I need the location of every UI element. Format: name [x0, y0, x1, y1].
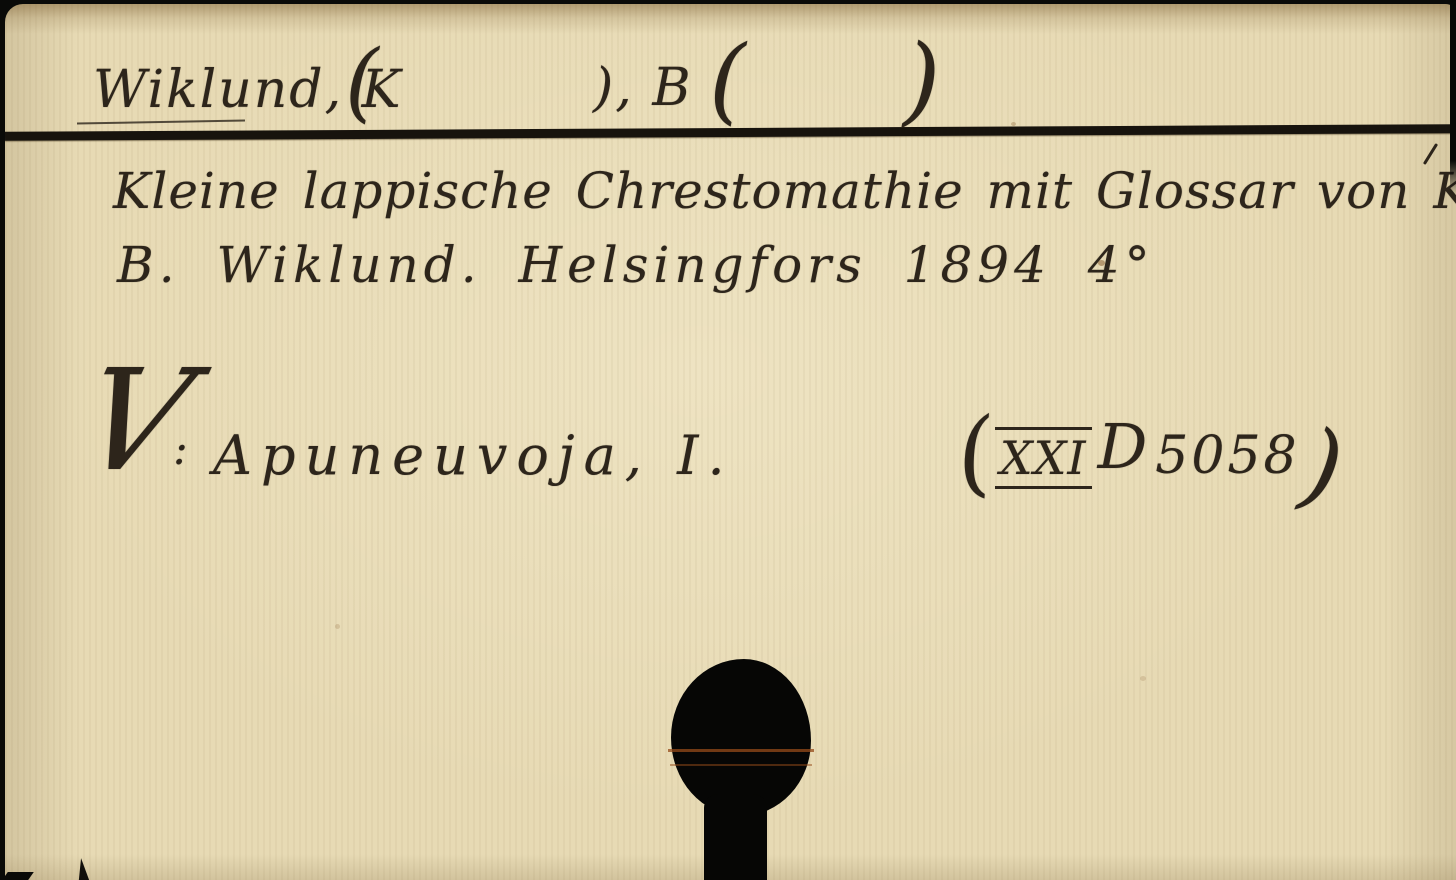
- shelfmark-letter: D: [1098, 410, 1148, 483]
- shelfmark-number: 5058: [1155, 426, 1299, 486]
- shelfmark-roman-numeral: XXI: [995, 427, 1092, 489]
- punch-hole-rust-line: [668, 749, 814, 752]
- heading-underline: [77, 120, 245, 125]
- shelfmark-close-paren: ): [1296, 415, 1350, 516]
- paper-speck: [1011, 122, 1016, 126]
- scanned-catalog-card: Wiklund, K ( ), B ( ) Kleine lappische C…: [0, 0, 1456, 880]
- reference-colon: :: [173, 424, 188, 475]
- heading-open-paren-1: (: [345, 32, 379, 132]
- punch-hole: [671, 659, 811, 816]
- reference-text: Apuneuvoja, I.: [213, 424, 734, 487]
- shelfmark: ( XXI D 5058 ): [957, 394, 1343, 514]
- scan-edge-right: [1450, 0, 1456, 196]
- paper-speck: [1140, 676, 1146, 681]
- title-line-1: Kleine lappische Chrestomathie mit Gloss…: [113, 162, 1456, 220]
- title-line-2: B. Wiklund. Helsingfors 1894 4°: [117, 236, 1155, 294]
- author-heading-middle: ), B: [593, 58, 693, 118]
- ink-blot-artifact: [76, 857, 91, 880]
- heading-open-paren-2: (: [709, 26, 746, 135]
- catalog-card-paper: Wiklund, K ( ), B ( ) Kleine lappische C…: [5, 4, 1456, 880]
- heading-close-paren: ): [903, 24, 940, 136]
- paper-speck: [1098, 260, 1105, 266]
- paper-speck: [335, 624, 340, 629]
- punch-hole-rust-line: [670, 764, 812, 766]
- shelfmark-open-paren: (: [951, 406, 999, 502]
- punch-hole-slot: [704, 794, 767, 880]
